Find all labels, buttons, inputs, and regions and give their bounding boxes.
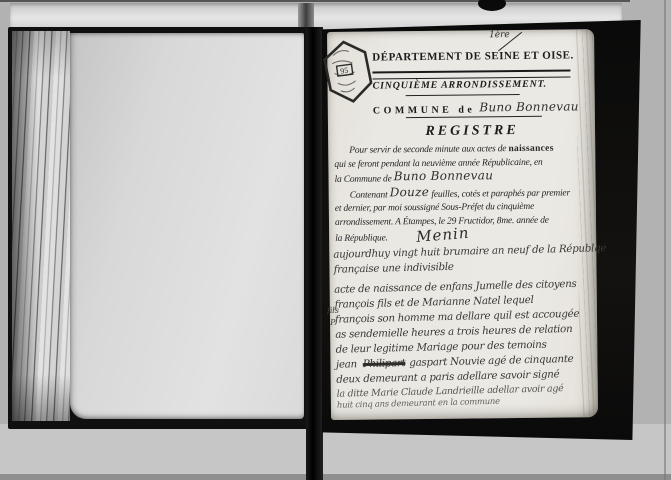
margin-note: fils	[327, 306, 339, 315]
book-left-half	[8, 27, 308, 429]
scan-right-edge-line	[664, 0, 666, 480]
acts-type-word: naissances	[508, 144, 553, 154]
commune-label: COMMUNE de	[373, 104, 476, 116]
folio-number-annotation: 1ère	[489, 30, 510, 40]
preamble-line-3-text: la Commune de	[334, 174, 391, 185]
struck-out-name: Philipart	[363, 357, 406, 370]
rule-under-commune	[406, 116, 542, 118]
seine-et-oise-stamp-icon: 95	[319, 37, 375, 107]
preamble-line-1-text: Pour servir de seconde minute aux actes …	[349, 144, 506, 156]
entry-line8-pre: jean	[336, 358, 357, 371]
rule-under-arrondissement	[406, 94, 520, 96]
preamble-line-4: Contenant Douze feuilles, cotés et parap…	[335, 185, 591, 203]
book-gutter-notch	[298, 3, 314, 30]
book-gutter	[306, 27, 323, 480]
archive-scan: 1ère 95 DÉPARTEMENT DE SEINE ET OISE. CI…	[0, 0, 671, 480]
background-bottom-strip	[0, 474, 671, 480]
preamble-line-4-text-b: feuilles, cotés et paraphés par premier	[431, 188, 570, 199]
preamble-line-1: Pour servir de seconde minute aux actes …	[334, 142, 590, 158]
sheet-count-fillin: Douze	[390, 184, 430, 198]
register-preamble: Pour servir de seconde minute aux actes …	[334, 142, 591, 246]
scan-top-edge-line	[0, 0, 630, 2]
arrondissement-title: CINQUIÈME ARRONDISSEMENT.	[373, 79, 547, 92]
register-title: REGISTRE	[373, 122, 571, 140]
preamble-line-7-text: la République.	[335, 233, 388, 244]
left-page-edges-shadow	[12, 31, 70, 421]
register-document-page: 1ère 95 DÉPARTEMENT DE SEINE ET OISE. CI…	[327, 29, 598, 420]
margin-note: P	[330, 318, 335, 327]
department-title: DÉPARTEMENT DE SEINE ET OISE.	[372, 49, 572, 63]
stamp-number: 95	[340, 66, 349, 76]
commune-name-handwritten: Buno Bonnevau	[479, 99, 579, 114]
commune-name-fillin: Buno Bonnevau	[394, 168, 494, 183]
left-blank-page	[70, 33, 304, 419]
preamble-line-4-text-a: Contenant	[350, 190, 388, 200]
sous-prefet-signature: Menin	[415, 227, 469, 245]
birth-act-entry: aujourdhuy vingt huit brumaire an neuf d…	[333, 241, 595, 411]
